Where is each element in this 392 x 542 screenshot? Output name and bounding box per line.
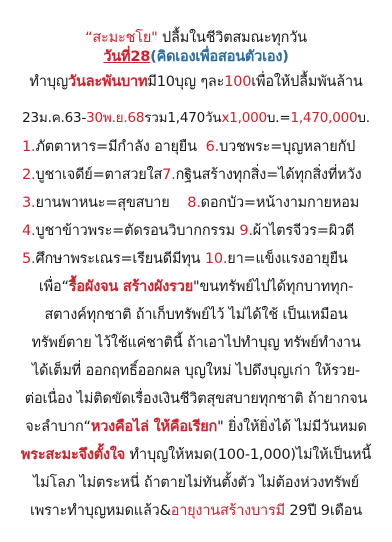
para-text: "ขนทรัพย์ไปได้ทุกบาททุก- — [193, 279, 353, 295]
merit-text: ยานพาหนะ=สุขสบาย — [35, 195, 169, 211]
para-line: จะลำบาก“หวงคือไล่ ให้คือเรียก" ยิ่งให้ยิ… — [0, 417, 392, 437]
para-line: ไม่โลภ ไม่ตระหนี่ ถ้าตายไม่ทันตั้งตัว ไม… — [0, 473, 392, 493]
summary-text: 23ม.ค.63- — [22, 110, 86, 126]
para-highlight: พระสะมะจึงตั้งใจ — [21, 447, 125, 463]
para-line: พระสะมะจึงตั้งใจ ทำบุญให้หมด(100-1,000)ไ… — [0, 445, 392, 465]
merit-number: 6. — [206, 139, 219, 155]
day-label: วันที่28 — [103, 49, 150, 65]
para-line: เพราะทำบุญหมดแล้ว&อายุงานสร้างบารมี 29ปี… — [0, 501, 392, 521]
para-text: " ยิ่งให้ยิ่งได้ ไม่มีวันหมด — [217, 419, 367, 435]
para-highlight: อายุงานสร้างบารมี — [171, 503, 285, 519]
para-highlight: รื้อผังจน สร้างผังรวย — [69, 279, 193, 295]
title-line: “สะมะชโย" ปลื้มในชีวิตสมณะทุกวัน — [0, 28, 392, 48]
day-subtitle: (คิดเองเพื่อสอนตัวเอง) — [150, 49, 289, 65]
intro-text: มี10บุญ ๆละ — [147, 74, 224, 90]
para-text: ทำบุญให้หมด(100-1,000)ไม่ให้เป็นหนี้ — [125, 447, 371, 463]
day-line: วันที่28(คิดเองเพื่อสอนตัวเอง) — [0, 47, 392, 67]
intro-amount: 100 — [224, 74, 251, 90]
merit-text: ยา=แข็งแรงอายุยืน — [227, 251, 347, 267]
merit-text: ผ้าไตรจีวร=ผิวดี — [253, 223, 354, 239]
merit-row: 1.ภัตตาหาร=มีกำลัง อายุยืน 6.บวชพระ=บุญห… — [22, 137, 392, 157]
para-line: สตางค์ทุกชาติ ถ้าเก็บทรัพย์ไว้ ไม่ได้ใช้… — [0, 305, 392, 325]
merit-text: บูชาเจดีย์=ตาสวยใส — [35, 167, 162, 183]
intro-text: ทำบุญ — [29, 74, 68, 90]
merit-row: 3.ยานพาหนะ=สุขสบาย 8.ดอกบัว=หน้างามกายหอ… — [22, 193, 392, 213]
intro-highlight: วันละพันบาท — [68, 74, 147, 90]
merit-row: 5.ศึกษาพระเณร=เรียนดีมีทุน 10.ยา=แข็งแรง… — [22, 249, 392, 269]
summary-line: 23ม.ค.63-30พ.ย.68รวม1,470วันx1,000บ.=1,4… — [0, 108, 392, 128]
merit-number: 5. — [22, 251, 35, 267]
merit-text: บูชาข้าวพระ=ตัดรอนวิบากกรรม — [35, 223, 235, 239]
summary-text: รวม1,470วัน — [144, 110, 221, 126]
para-text: เพราะทำบุญหมดแล้ว& — [30, 503, 171, 519]
merit-number: 8. — [187, 195, 200, 211]
para-text: 29ปี 9เดือน — [285, 503, 362, 519]
summary-text: บ. — [357, 110, 369, 126]
merit-text: ดอกบัว=หน้างามกายหอม — [201, 195, 359, 211]
document-page: “สะมะชโย" ปลื้มในชีวิตสมณะทุกวัน วันที่2… — [0, 0, 392, 542]
summary-text: บ.= — [267, 110, 291, 126]
merit-row: 2.บูชาเจดีย์=ตาสวยใส7.กฐินสร้างทุกสิ่ง=ไ… — [22, 165, 392, 185]
summary-multiplier: x1,000 — [221, 110, 266, 126]
merit-number: 10. — [205, 251, 227, 267]
summary-date: 30พ.ย.68 — [86, 110, 144, 126]
merit-number: 9. — [239, 223, 252, 239]
merit-number: 1. — [22, 139, 35, 155]
merit-text: ภัตตาหาร=มีกำลัง อายุยืน — [35, 139, 196, 155]
merit-text: บวชพระ=บุญหลายกัป — [219, 139, 355, 155]
summary-total: 1,470,000 — [290, 110, 357, 126]
para-text: จะลำบาก“ — [25, 419, 91, 435]
title-name: สะมะชโย — [92, 30, 151, 46]
para-highlight: หวงคือไล่ ให้คือเรียก — [91, 419, 217, 435]
para-line: เพื่อ“รื้อผังจน สร้างผังรวย"ขนทรัพย์ไปได… — [0, 277, 392, 297]
merit-number: 7. — [162, 167, 175, 183]
merit-number: 3. — [22, 195, 35, 211]
title-rest: ปลื้มในชีวิตสมณะทุกวัน — [158, 30, 307, 46]
para-line: ได้เต็มที่ ออกฤทธิ์ออกผล บุญใหม่ ไปดึงบุ… — [0, 361, 392, 381]
merit-text: กฐินสร้างทุกสิ่ง=ได้ทุกสิ่งที่หวัง — [176, 167, 362, 183]
para-text: เพื่อ“ — [39, 279, 69, 295]
merit-text: ศึกษาพระเณร=เรียนดีมีทุน — [35, 251, 200, 267]
intro-text: เพื่อให้ปลื้มพันล้าน — [251, 74, 362, 90]
merit-row: 4.บูชาข้าวพระ=ตัดรอนวิบากกรรม 9.ผ้าไตรจี… — [22, 221, 392, 241]
para-line: ทรัพย์ตาย ไว้ใช้แค่ชาตินี้ ถ้าเอาไปทำบุญ… — [0, 333, 392, 353]
intro-line: ทำบุญวันละพันบาทมี10บุญ ๆละ100เพื่อให้ปล… — [0, 72, 392, 92]
merit-number: 2. — [22, 167, 35, 183]
merit-number: 4. — [22, 223, 35, 239]
para-line: ต่อเนื่อง ไม่ติดขัดเรื่องเงินชีวิตสุขสบา… — [0, 389, 392, 409]
